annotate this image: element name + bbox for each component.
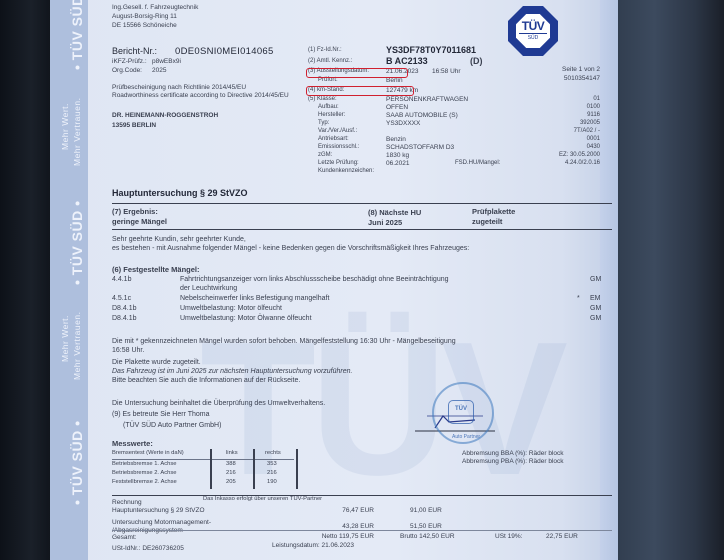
invoice-item-netto: 43,28 EUR (290, 523, 374, 530)
vehicle-field-value: B AC2133 (386, 56, 428, 66)
divider (112, 495, 612, 496)
next-hu-note: Das Fahrzeug ist im Juni 2025 zur nächst… (112, 368, 352, 375)
backside-note: Bitte beachten Sie auch die Informatione… (112, 377, 300, 384)
defect-code: D8.4.1b (112, 315, 137, 322)
defect-severity: GM (590, 276, 601, 283)
stripe-brand: • TÜV SÜD • (69, 0, 85, 70)
vat-id: USt-IdNr.: DE260736205 (112, 545, 184, 552)
defect-mark: * (577, 295, 580, 302)
next-hu-value: Juni 2025 (368, 218, 402, 227)
table-header: Bremsentest (Werte in daN) (112, 450, 184, 456)
vat-label: USt 19%: (495, 533, 522, 540)
vehicle-field-suffix: 16:58 Uhr (432, 68, 461, 75)
defect-text: Umweltbelastung: Motor ölfeucht (180, 305, 282, 312)
vehicle-field-label: Kundenkennzeichen: (318, 168, 374, 174)
invoice-item-brutto: 91,00 EUR (410, 507, 442, 514)
defect-text: Fahrtrichtungsanzeiger vorn links Abschl… (180, 276, 449, 283)
divider (112, 530, 612, 531)
vehicle-field-label: (1) Fz-Id.Nr.: (308, 47, 342, 53)
directive-en: Roadworthiness certificate according to … (112, 92, 289, 99)
side-stripe-text: • TÜV SÜD • Mehr Wert. Mehr Vertrauen. •… (50, 0, 88, 560)
invoice-item-netto: 76,47 EUR (290, 507, 374, 514)
table-header: rechts (265, 450, 281, 456)
stamp-text: Auto Partner (452, 434, 480, 440)
car-seat-left (0, 0, 52, 560)
brutto-total: Brutto 142,50 EUR (400, 533, 455, 540)
paper-shadow-edge (600, 0, 618, 560)
defect-text: Nebelscheinwerfer links Befestigung mang… (180, 295, 329, 302)
vehicle-field-label: (5) Klasse: (308, 96, 337, 102)
next-hu-label: (8) Nächste HU (368, 208, 421, 217)
vehicle-field-extra: FSD.HU/Mangel: (455, 160, 500, 166)
table-header: links (226, 450, 238, 456)
vehicle-field-value: Benzin (386, 136, 406, 143)
defects-note-2: 16:58 Uhr. (112, 347, 144, 354)
table-divider (210, 449, 212, 489)
page-indicator: Seite 1 von 2 (556, 66, 600, 73)
owner-city: 13595 BERLIN (112, 122, 156, 129)
invoice-item-label: Hauptuntersuchung § 29 StVZO (112, 507, 205, 514)
vehicle-field-label: Var./Ver./Ausf.: (318, 128, 357, 134)
vehicle-field-label: Emissionsschl.: (318, 144, 359, 150)
hu-title: Hauptuntersuchung § 29 StVZO (112, 188, 248, 198)
vehicle-field-label: Hersteller: (318, 112, 345, 118)
invoice-note: Das Inkasso erfolgt über unseren TÜV-Par… (203, 496, 322, 502)
pba-result: Abbremsung PBA (%): Räder block (462, 458, 564, 465)
table-cell: 388 (226, 461, 236, 467)
logo-text-tuv: TÜV (519, 19, 547, 34)
report-number-label: Bericht-Nr.: (112, 46, 157, 56)
stamp-logo: TÜV (448, 400, 474, 424)
stripe-slogan-1: Mehr Wert. (60, 103, 70, 150)
vehicle-field-code: EZ: 30.05.2000 (520, 152, 600, 158)
vehicle-field-code: 392005 (520, 120, 600, 126)
netto-total: Netto 119,75 EUR (270, 533, 374, 540)
report-number: 0DE0SNI0MEI014065 (175, 46, 274, 57)
table-divider (253, 449, 255, 489)
vehicle-field-code: 7T/A02 / - (520, 128, 600, 134)
vat-value: 22,75 EUR (546, 533, 578, 540)
table-divider (296, 449, 298, 489)
table-cell: 353 (267, 461, 277, 467)
issuer-street: August-Borsig-Ring 11 (112, 13, 177, 20)
defects-note: Die mit * gekennzeichneten Mängel wurden… (112, 338, 456, 345)
service-date: Leistungsdatum: 21.06.2023 (272, 542, 354, 549)
directive-de: Prüfbescheinigung nach Richtlinie 2014/4… (112, 84, 246, 91)
invoice-item-brutto: 51,50 EUR (410, 523, 442, 530)
inspector-name: (9) Es betreute Sie Herr Thoma (112, 411, 210, 418)
table-cell: 216 (267, 470, 277, 476)
result-label: (7) Ergebnis: (112, 207, 158, 216)
defect-code: D8.4.1b (112, 305, 137, 312)
emissions-note: Die Untersuchung beinhaltet die Überprüf… (112, 400, 325, 407)
stripe-brand-2: • TÜV SÜD • (69, 200, 85, 285)
car-seat-right (608, 0, 724, 560)
vehicle-field-code: 0430 (520, 144, 600, 150)
vehicle-field-value: YS3DF78T0Y7011681 (386, 45, 476, 55)
vehicle-field-value: YS3DXXXX (386, 120, 420, 127)
vehicle-field-label: Antriebsart: (318, 136, 349, 142)
table-row-label: Betriebsbremse 1. Achse (112, 461, 176, 467)
greeting: Sehr geehrte Kundin, sehr geehrter Kunde… (112, 236, 246, 243)
highlight-mileage (306, 86, 414, 96)
highlight-issue-date (306, 68, 408, 78)
defect-severity: GM (590, 315, 601, 322)
plakette-note: Die Plakette wurde zugeteilt. (112, 359, 201, 366)
vehicle-field-code: 4.24.0/2.0.16 (520, 160, 600, 166)
vehicle-field-label: Aufbau: (318, 104, 339, 110)
vehicle-field-value: Berlin (386, 77, 403, 84)
stripe-slogan-3: Mehr Wert. (60, 315, 70, 362)
vehicle-field-value: SCHADSTOFFARM D3 (386, 144, 454, 151)
vehicle-field-code: 01 (520, 96, 600, 102)
table-cell: 216 (226, 470, 236, 476)
plakette-label: Prüfplakette (472, 207, 515, 216)
vehicle-field-code: 0100 (520, 104, 600, 110)
inspector-company: (TÜV SÜD Auto Partner GmbH) (123, 422, 221, 429)
total-label: Gesamt: (112, 534, 137, 541)
divider (112, 229, 612, 230)
bba-result: Abbremsung BBA (%): Räder block (462, 450, 564, 457)
stripe-slogan-4: Mehr Vertrauen. (72, 312, 82, 380)
owner-name: DR. HEINEMANN-ROGGENSTROH (112, 112, 218, 119)
invoice-item-label: Untersuchung Motormanagement- (112, 519, 211, 526)
logo-text-sud: SÜD (519, 35, 547, 41)
defect-code: 4.5.1c (112, 295, 131, 302)
vehicle-field-value: OFFEN (386, 104, 408, 111)
vehicle-field-value: 1830 kg (386, 152, 409, 159)
inspection-report-paper: • TÜV SÜD • Mehr Wert. Mehr Vertrauen. •… (50, 0, 618, 560)
vehicle-field-value: PERSONENKRAFTWAGEN (386, 96, 468, 103)
table-cell: 205 (226, 479, 236, 485)
issuer-city: DE 15566 Schöneiche (112, 22, 177, 29)
vehicle-field-label: (2) Amtl. Kennz.: (308, 58, 352, 64)
table-row-label: Betriebsbremse 2. Achse (112, 470, 176, 476)
divider (112, 203, 612, 204)
stripe-slogan-2: Mehr Vertrauen. (72, 98, 82, 166)
ikfz-label: iKFZ-Prüfz.: (112, 58, 147, 65)
plakette-value: zugeteilt (472, 217, 502, 226)
invoice-title: Rechnung (112, 499, 142, 506)
vehicle-field-label: Typ: (318, 120, 329, 126)
org-code-label: Org.Code: (112, 67, 142, 74)
vehicle-field-label: zGM: (318, 152, 332, 158)
stripe-brand-3: • TÜV SÜD • (69, 420, 85, 505)
org-code-value: 2025 (152, 67, 166, 74)
defect-text: Umweltbelastung: Motor Ölwanne ölfeucht (180, 315, 312, 322)
defect-text-cont: der Leuchtwirkung (180, 285, 237, 292)
vehicle-field-suffix: (D) (470, 56, 483, 66)
issuer-company: Ing.Gesell. f. Fahrzeugtechnik (112, 4, 198, 11)
table-divider (112, 459, 294, 460)
document-number: 5010354147 (556, 75, 600, 82)
defects-title: (6) Festgestellte Mängel: (112, 265, 200, 274)
table-cell: 190 (267, 479, 277, 485)
vehicle-field-code: 9116 (520, 112, 600, 118)
defect-severity: EM (590, 295, 601, 302)
vehicle-field-value: SAAB AUTOMOBILE (S) (386, 112, 458, 119)
vehicle-field-code: 0001 (520, 136, 600, 142)
defect-severity: GM (590, 305, 601, 312)
table-row-label: Feststellbremse 2. Achse (112, 479, 177, 485)
intro-text: es bestehen - mit Ausnahme folgender Män… (112, 245, 469, 252)
ikfz-value: p8wEBx9i (152, 58, 181, 65)
vehicle-field-label: Letzte Prüfung: (318, 160, 359, 166)
defect-code: 4.4.1b (112, 276, 131, 283)
result-value: geringe Mängel (112, 217, 167, 226)
measurements-title: Messwerte: (112, 439, 153, 448)
vehicle-field-value: 06.2021 (386, 160, 410, 167)
